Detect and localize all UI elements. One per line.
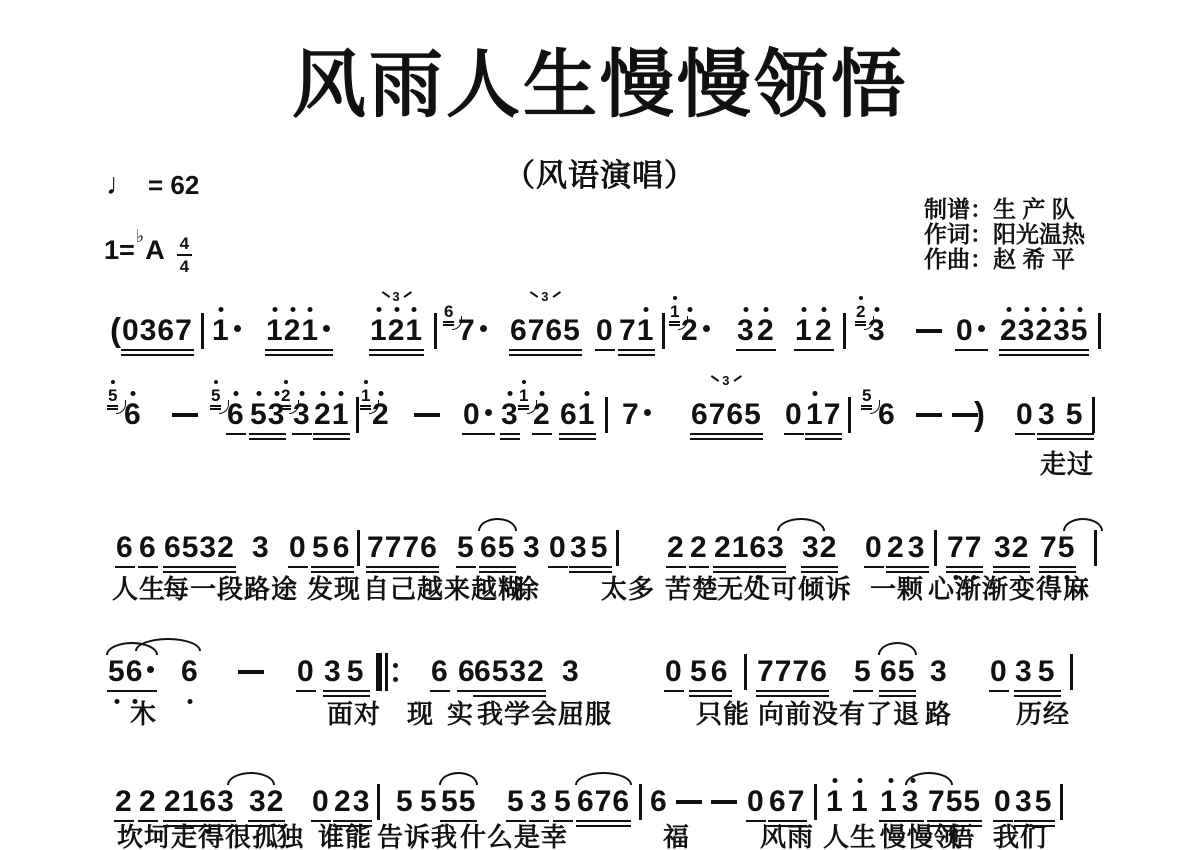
beam-underline: [462, 433, 495, 435]
note-token: 35: [570, 533, 611, 563]
note-digit: 1: [405, 316, 423, 346]
grace-note: 5: [108, 387, 117, 404]
note-digit: 2: [334, 787, 353, 817]
octave-dot-above: [1024, 307, 1029, 312]
key-signature: 1=♭A 4 4: [104, 233, 192, 273]
note-token: 0: [549, 533, 567, 563]
lyric-segment: 向前没有了退: [758, 700, 920, 730]
sheet-music-page: 风雨人生慢慢领悟 （风语演唱） ♩ = 62 制谱：生 产 队 作词：阳光温热 …: [0, 0, 1200, 850]
note-digit: 5: [459, 787, 477, 817]
beam-underline: [1037, 433, 1094, 435]
lyric-segment: 福: [663, 823, 690, 850]
note-digit: 2: [690, 533, 708, 563]
lyric-segment: 路: [925, 700, 952, 730]
note-token: 7: [622, 400, 653, 430]
octave-dot-above: [812, 391, 817, 396]
note-digit: 7: [709, 400, 727, 430]
note-digit: 1: [332, 400, 350, 430]
lyric-segment: 每一段路途: [163, 575, 298, 605]
beam-underline: [473, 690, 546, 692]
beam-underline: [689, 566, 709, 568]
augmentation-dot: [703, 325, 710, 332]
beam-underline: [265, 354, 333, 356]
lyric-segment: 谁能: [318, 823, 372, 850]
note-token: 2: [372, 400, 390, 430]
note-token: 6: [227, 400, 245, 430]
note-digit: 1: [212, 316, 230, 346]
beam-underline: [864, 566, 884, 568]
note-token: 35: [1038, 400, 1093, 430]
credit-lyricist: 作词：阳光温热: [924, 222, 1085, 247]
tie-arc: [439, 772, 478, 785]
beam-underline: [1014, 695, 1061, 697]
octave-dot-above: [1059, 307, 1064, 312]
note-digit: 7: [402, 533, 420, 563]
beam-underline: [500, 433, 520, 435]
note-token: 35: [324, 657, 369, 687]
beam-underline: [886, 571, 929, 573]
note-digit: 6: [878, 400, 896, 430]
octave-dot-above: [801, 307, 806, 312]
time-signature: 4 4: [177, 235, 192, 275]
beam-underline: [311, 571, 354, 573]
note-digit: 3: [293, 400, 311, 430]
beam-underline: [784, 433, 804, 435]
lyric-segment: 风雨: [760, 823, 814, 850]
note-digit: 5: [963, 787, 981, 817]
lyric-segment: 一颗: [870, 575, 924, 605]
beam-underline: [886, 566, 929, 568]
note-digit: 5: [182, 533, 200, 563]
note-digit: 3: [802, 533, 820, 563]
note-token: 56: [108, 657, 156, 687]
note-digit: 3: [324, 657, 347, 687]
note-digit: 3: [767, 533, 785, 563]
credit-composer: 作曲：赵 希 平: [924, 247, 1085, 272]
beam-underline: [689, 695, 732, 697]
note-digit: 2: [1000, 316, 1018, 346]
dash-note: [172, 413, 198, 417]
lyric-segment: 人生: [823, 823, 877, 850]
augmentation-dot: [323, 325, 330, 332]
lyric-segment: 人生: [112, 575, 166, 605]
note-digit: 2: [1012, 533, 1030, 563]
beam-underline: [1037, 438, 1094, 440]
beam-underline: [265, 349, 333, 351]
lyric-segment: 心渐渐变得麻: [928, 575, 1090, 605]
tie-arc: [575, 772, 632, 785]
beam-underline: [163, 571, 236, 573]
note-digit: 6: [510, 316, 528, 346]
beam-underline: [559, 433, 596, 435]
note-digit: 2: [284, 316, 302, 346]
barline: [662, 313, 665, 349]
lyric-segment: 发现: [307, 575, 361, 605]
note-token: 6: [181, 657, 199, 687]
note-token: 67653: [691, 400, 762, 430]
note-digit: 3: [140, 316, 158, 346]
beam-underline: [1039, 571, 1076, 573]
note-token: 0: [865, 533, 883, 563]
note-digit: 2: [533, 400, 551, 430]
lyric-segment: 自己越来越糊: [363, 575, 525, 605]
lyric-segment: 告诉我: [377, 823, 458, 850]
octave-dot-above: [643, 307, 648, 312]
tie-arc: [135, 638, 201, 651]
grace-note: 1: [519, 387, 528, 404]
beam-underline: [664, 690, 684, 692]
note-token: 71: [619, 316, 654, 346]
note-token: 1: [826, 787, 844, 817]
octave-dot-above: [1042, 307, 1047, 312]
note-digit: 1: [182, 787, 200, 817]
note-digit: 7: [824, 400, 842, 430]
grace-note: 5: [211, 387, 220, 404]
note-token: 5: [457, 533, 475, 563]
note-digit: 0: [665, 657, 683, 687]
note-digit: 0: [1016, 400, 1034, 430]
note-token: 23: [887, 533, 928, 563]
note-token: 6: [431, 657, 449, 687]
triplet-tick: [733, 375, 741, 382]
beam-underline: [366, 571, 439, 573]
beam-underline: [430, 690, 450, 692]
barline: [1070, 654, 1073, 690]
lyric-segment: 面对: [327, 700, 381, 730]
note-token: 3: [530, 787, 548, 817]
beam-underline: [1015, 433, 1035, 435]
octave-dot-above: [378, 391, 383, 396]
beam-underline: [946, 566, 983, 568]
beam-underline: [713, 571, 786, 573]
beam-underline: [993, 566, 1030, 568]
note-token: 3: [562, 657, 580, 687]
note-token: 5: [554, 787, 572, 817]
note-token: 2: [533, 400, 551, 430]
octave-dot-above: [687, 307, 692, 312]
beam-underline: [690, 438, 763, 440]
beam-underline: [736, 349, 756, 351]
barline: [356, 397, 359, 433]
note-digit: 6: [199, 787, 217, 817]
note-digit: 0: [297, 657, 315, 687]
note-token: 6: [124, 400, 142, 430]
note-token: 3: [523, 533, 541, 563]
note-digit: 7: [947, 533, 965, 563]
key-prefix: 1=: [104, 233, 135, 267]
note-token: 1: [851, 787, 869, 817]
grace-note: 1: [361, 387, 370, 404]
note-digit: 3: [501, 400, 519, 430]
beam-underline: [576, 825, 631, 827]
repeat-dots: [393, 663, 398, 682]
note-digit: 6: [431, 657, 449, 687]
beam-underline: [313, 433, 350, 435]
note-digit: 3: [509, 657, 527, 687]
note-digit: 2: [164, 787, 182, 817]
note-token: 0: [312, 787, 330, 817]
note-token: 0: [785, 400, 803, 430]
grace-note: 2: [281, 387, 290, 404]
note-token: 0: [747, 787, 765, 817]
lyric-segment: 历经: [1016, 700, 1070, 730]
note-token: 6: [878, 400, 896, 430]
augmentation-dot: [644, 409, 651, 416]
note-token: 2: [139, 787, 157, 817]
flat-icon: ♭: [136, 226, 145, 247]
beam-underline: [805, 438, 842, 440]
beam-underline: [756, 690, 829, 692]
octave-dot-above: [584, 391, 589, 396]
note-token: 6: [116, 533, 134, 563]
beam-underline: [666, 566, 686, 568]
note-digit: 1: [795, 316, 813, 346]
beam-underline: [509, 349, 582, 351]
tempo-marking: ♩ = 62: [106, 168, 199, 202]
beam-underline: [121, 349, 194, 351]
note-digit: 1: [851, 787, 869, 817]
barline: [1060, 784, 1063, 820]
beam-underline: [313, 438, 350, 440]
octave-dot-above: [272, 307, 277, 312]
beam-underline: [115, 566, 135, 568]
tie-arc: [905, 772, 953, 785]
note-digit: 5: [441, 787, 459, 817]
beam-underline: [292, 433, 312, 435]
triplet-mark: 3: [379, 290, 413, 303]
dash-note: [414, 413, 440, 417]
note-token: 0: [956, 316, 987, 346]
note-token: 3: [252, 533, 270, 563]
note-token: 5: [507, 787, 525, 817]
note-digit: 6: [164, 533, 182, 563]
beam-underline: [249, 433, 286, 435]
note-digit: 2: [887, 533, 908, 563]
beam-underline: [107, 690, 157, 692]
barline: [434, 313, 437, 349]
note-digit: 1: [880, 787, 902, 817]
note-digit: 6: [749, 533, 767, 563]
barline: [616, 530, 619, 566]
note-token: 56: [690, 657, 731, 687]
note-digit: 5: [396, 787, 414, 817]
beam-underline: [946, 571, 983, 573]
lyric-segment: 走过: [1040, 450, 1094, 480]
beam-underline: [369, 349, 424, 351]
augmentation-dot: [978, 325, 985, 332]
beam-underline: [576, 820, 631, 822]
note-digit: 7: [788, 787, 807, 817]
note-digit: 6: [726, 400, 744, 430]
note-digit: 5: [457, 533, 475, 563]
note-token: 65: [880, 657, 915, 687]
note-token: 7776: [367, 533, 438, 563]
note-token: 67: [769, 787, 806, 817]
lyric-segment: 悟: [948, 823, 975, 850]
note-digit: 5: [420, 787, 438, 817]
triplet-tick: [552, 291, 560, 298]
note-token: 77: [947, 533, 982, 563]
note-digit: 6: [612, 787, 630, 817]
note-token: 5: [420, 787, 438, 817]
note-token: 0: [994, 787, 1012, 817]
time-signature-bar: [177, 254, 192, 256]
note-digit: 3: [353, 787, 372, 817]
note-digit: 3: [737, 316, 755, 346]
note-digit: 6: [126, 657, 144, 687]
note-token: 2: [757, 316, 775, 346]
dash-note: [916, 413, 942, 417]
note-digit: 0: [596, 316, 614, 346]
note-token: 61: [560, 400, 595, 430]
note-token: 23235: [1000, 316, 1088, 346]
note-digit: 3: [1015, 787, 1035, 817]
note-digit: 2: [217, 533, 235, 563]
triplet-tick: [381, 291, 389, 298]
parenthesis: (: [110, 313, 121, 346]
note-digit: 3: [530, 787, 548, 817]
beam-underline: [509, 354, 582, 356]
note-digit: 5: [347, 657, 370, 687]
barline: [934, 530, 937, 566]
barline: [201, 313, 204, 349]
repeat-thick-bar: [376, 653, 382, 691]
octave-dot-above: [290, 307, 295, 312]
beam-underline: [323, 695, 370, 697]
note-digit: 3: [199, 533, 217, 563]
beam-underline: [756, 695, 829, 697]
octave-dot-above: [522, 380, 526, 384]
octave-dot-above: [376, 307, 381, 312]
beam-underline: [1039, 566, 1076, 568]
note-token: 32: [994, 533, 1029, 563]
note-digit: 6: [474, 657, 492, 687]
beam-underline: [879, 695, 916, 697]
triplet-number: 3: [722, 374, 730, 387]
note-digit: 5: [946, 787, 964, 817]
note-token: 5: [854, 657, 872, 687]
note-token: 17: [806, 400, 841, 430]
tie-arc: [1063, 518, 1103, 531]
note-digit: 3: [994, 533, 1012, 563]
grace-note: 5: [862, 387, 871, 404]
barline: [1092, 397, 1095, 433]
note-digit: 5: [498, 533, 516, 563]
note-token: 56: [312, 533, 353, 563]
credits-block: 制谱：生 产 队 作词：阳光温热 作曲：赵 希 平: [924, 197, 1085, 272]
note-digit: 7: [965, 533, 983, 563]
tie-arc: [478, 518, 517, 531]
barline: [848, 397, 851, 433]
note-digit: 3: [1053, 316, 1071, 346]
barline: [814, 784, 817, 820]
note-digit: 7: [385, 533, 403, 563]
note-digit: 7: [622, 400, 640, 430]
triplet-mark: 3: [709, 374, 743, 387]
lyric-segment: 坎坷: [117, 823, 171, 850]
note-digit: 6: [691, 400, 709, 430]
note-digit: 0: [994, 787, 1012, 817]
triplet-tick: [530, 291, 538, 298]
octave-dot-below: [114, 699, 119, 704]
lyric-segment: 走得很孤: [171, 823, 279, 850]
note-digit: 2: [815, 316, 833, 346]
beam-underline: [801, 571, 838, 573]
augmentation-dot: [485, 409, 492, 416]
note-digit: 7: [367, 533, 385, 563]
note-token: 0: [297, 657, 315, 687]
beam-underline: [323, 690, 370, 692]
note-token: 3: [737, 316, 755, 346]
note-token: 65: [480, 533, 515, 563]
beam-underline: [756, 349, 776, 351]
octave-dot-above: [214, 380, 218, 384]
octave-dot-above: [1006, 307, 1011, 312]
lyric-segment: 我们: [993, 823, 1047, 850]
beam-underline: [366, 566, 439, 568]
note-token: 0: [665, 657, 683, 687]
beam-underline: [955, 349, 988, 351]
note-digit: 2: [372, 400, 390, 430]
octave-dot-above: [256, 391, 261, 396]
note-digit: 6: [810, 657, 828, 687]
lyric-segment: 涂: [513, 575, 540, 605]
note-token: 21: [314, 400, 349, 430]
note-digit: 3: [217, 787, 235, 817]
note-digit: 2: [314, 400, 332, 430]
note-digit: 3: [930, 657, 948, 687]
octave-dot-above: [412, 307, 417, 312]
beam-underline: [548, 566, 568, 568]
note-digit: 5: [1058, 533, 1076, 563]
grace-note: 2: [856, 303, 865, 320]
beam-underline: [689, 690, 732, 692]
note-digit: 5: [312, 533, 333, 563]
note-digit: 6: [545, 316, 563, 346]
quarter-note-icon: ♩: [106, 168, 136, 202]
time-denominator: 4: [180, 258, 189, 275]
beam-underline: [1014, 690, 1061, 692]
note-token: 2: [667, 533, 685, 563]
triplet-tick: [403, 291, 411, 298]
note-digit: 5: [854, 657, 872, 687]
beam-underline: [369, 354, 424, 356]
octave-dot-above: [320, 391, 325, 396]
note-digit: 7: [775, 657, 793, 687]
octave-dot-above: [364, 380, 368, 384]
beam-underline: [288, 566, 308, 568]
octave-dot-above: [874, 307, 879, 312]
dash-note: [676, 800, 702, 804]
note-digit: 6: [227, 400, 245, 430]
note-token: 121: [266, 316, 332, 346]
note-digit: 6: [124, 400, 142, 430]
beam-underline: [805, 433, 842, 435]
note-digit: 1: [637, 316, 655, 346]
note-digit: 7: [458, 316, 476, 346]
note-token: 2163: [714, 533, 785, 563]
note-token: 2163: [164, 787, 235, 817]
note-digit: 2: [388, 316, 406, 346]
barline: [377, 784, 380, 820]
note-digit: 3: [1015, 657, 1038, 687]
beam-underline: [853, 690, 873, 692]
note-digit: 6: [116, 533, 134, 563]
lyric-segment: 什么是幸: [460, 823, 568, 850]
note-digit: 1: [266, 316, 284, 346]
beam-underline: [138, 566, 158, 568]
note-token: 0367: [122, 316, 193, 346]
